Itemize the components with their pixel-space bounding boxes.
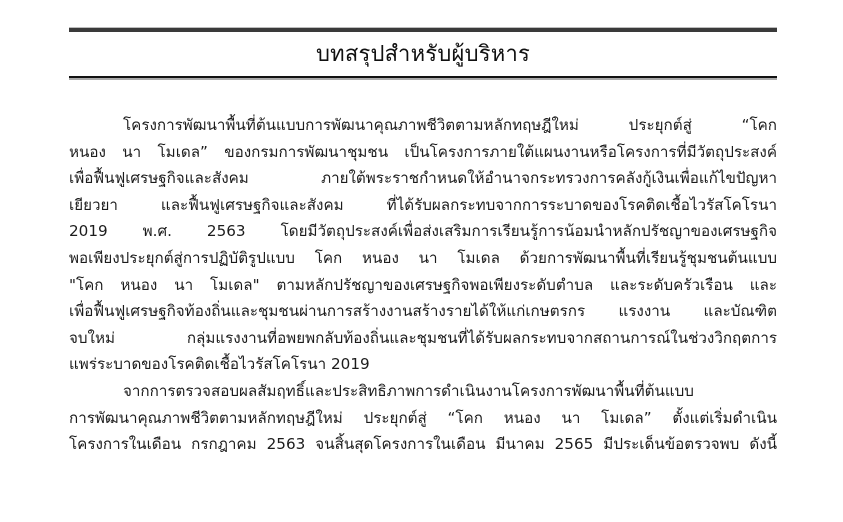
paragraph-2: จากการตรวจสอบผลสัมฤทธิ์และประสิทธิภาพการ… [69, 378, 777, 458]
paragraph-line: เพื่อฟื้นฟูเศรษฐกิจและสังคม ภายใต้พระราช… [69, 165, 777, 192]
paragraph-line: 2019 พ.ศ. 2563 โดยมีวัตถุประสงค์เพื่อส่ง… [69, 218, 777, 245]
paragraph-line: โครงการพัฒนาพื้นที่ต้นแบบการพัฒนาคุณภาพช… [69, 112, 777, 139]
paragraph-line: เพื่อฟื้นฟูเศรษฐกิจท้องถิ่นและชุมชนผ่านก… [69, 298, 777, 325]
paragraph-line: จบใหม่ กลุ่มแรงงานที่อพยพกลับท้องถิ่นและ… [69, 325, 777, 352]
paragraph-line: แพร่ระบาดของโรคติดเชื้อไวรัสโคโรนา 2019 [69, 351, 777, 378]
paragraph-line: พอเพียงประยุกต์สู่การปฏิบัติรูปแบบ โคก ห… [69, 245, 777, 272]
paragraph-line: จากการตรวจสอบผลสัมฤทธิ์และประสิทธิภาพการ… [69, 378, 777, 405]
title-bottom-rule [69, 76, 777, 80]
paragraph-1: โครงการพัฒนาพื้นที่ต้นแบบการพัฒนาคุณภาพช… [69, 112, 777, 378]
paragraph-line: "โคก หนอง นา โมเดล" ตามหลักปรัชญาของเศรษ… [69, 272, 777, 299]
paragraph-line: โครงการในเดือน กรกฎาคม 2563 จนสิ้นสุดโคร… [69, 431, 777, 458]
title-top-rule [69, 27, 777, 32]
paragraph-line: หนอง นา โมเดล” ของกรมการพัฒนาชุมชน เป็นโ… [69, 139, 777, 166]
page-title: บทสรุปสำหรับผู้บริหาร [69, 40, 777, 70]
paragraph-line: เยียวยา และฟื้นฟูเศรษฐกิจและสังคม ที่ได้… [69, 192, 777, 219]
document-body: โครงการพัฒนาพื้นที่ต้นแบบการพัฒนาคุณภาพช… [69, 112, 777, 458]
paragraph-line: การพัฒนาคุณภาพชีวิตตามหลักทฤษฎีใหม่ ประย… [69, 405, 777, 432]
